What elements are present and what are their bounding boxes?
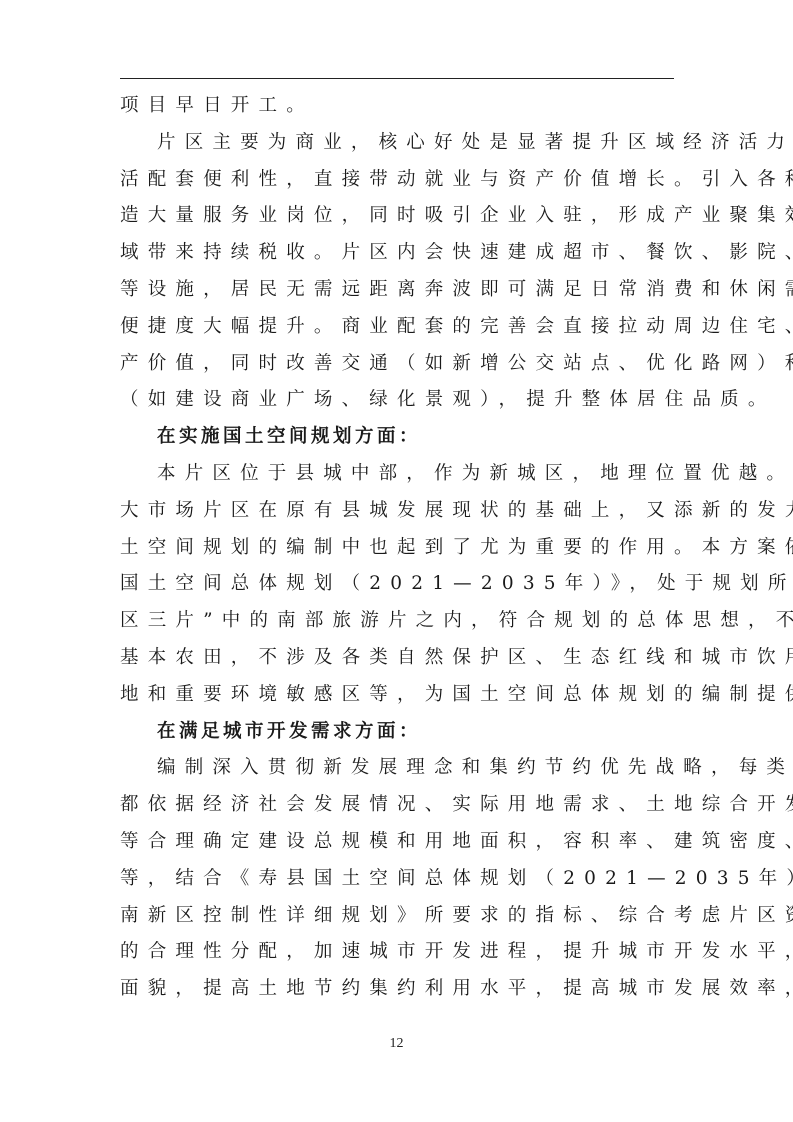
paragraph-start-line: 本片区位于县城中部，作为新城区，地理位置优越。寿县瑶海 [120,456,680,493]
page-number: 12 [0,1036,793,1052]
paragraph-start-line: 片区主要为商业，核心好处是显著提升区域经济活力和完善生 [120,125,680,162]
text-line: 产价值，同时改善交通（如新增公交站点、优化路网）和公共环境 [120,346,680,383]
text-line: （如建设商业广场、绿化景观），提升整体居住品质。 [120,382,680,419]
text-line: 国土空间总体规划（2021—2035年）》，处于规划所确定“一城三 [120,566,680,603]
text-line: 面貌，提高土地节约集约利用水平，提高城市发展效率，有利于带 [120,971,680,1008]
paragraph-start-line: 编制深入贯彻新发展理念和集约节约优先战略，每类建设项目 [120,750,680,787]
text-line: 大市场片区在原有县城发展现状的基础上，又添新的发力点，在国 [120,493,680,530]
text-line: 都依据经济社会发展情况、实际用地需求、土地综合开发相关政策 [120,787,680,824]
text-line: 等设施，居民无需远距离奔波即可满足日常消费和休闲需求，生活 [120,272,680,309]
section-heading-urban-development: 在满足城市开发需求方面： [120,714,680,751]
text-line: 的合理性分配，加速城市开发进程，提升城市开发水平，改变城市 [120,934,680,971]
text-line: 南新区控制性详细规划》所要求的指标、综合考虑片区资源、指标 [120,898,680,935]
text-line: 活配套便利性，直接带动就业与资产价值增长。引入各种商场能创 [120,162,680,199]
text-line: 等，结合《寿县国土空间总体规划（2021—2035年）》和《寿县城 [120,861,680,898]
text-line: 基本农田，不涉及各类自然保护区、生态红线和城市饮用水源保护 [120,640,680,677]
text-line: 项目早日开工。 [120,88,680,125]
text-line: 域带来持续税收。片区内会快速建成超市、餐饮、影院、健身中心 [120,235,680,272]
text-line: 便捷度大幅提升。商业配套的完善会直接拉动周边住宅、商铺的资 [120,309,680,346]
header-rule [120,78,674,79]
text-line: 地和重要环境敏感区等，为国土空间总体规划的编制提供重要支撑。 [120,677,680,714]
text-line: 造大量服务业岗位，同时吸引企业入驻，形成产业聚集效应，为区 [120,198,680,235]
section-heading-spatial-planning: 在实施国土空间规划方面： [120,419,680,456]
text-line: 土空间规划的编制中也起到了尤为重要的作用。本方案依托《寿县 [120,530,680,567]
text-line: 区三片”中的南部旅游片之内，符合规划的总体思想，不占用永久 [120,603,680,640]
text-line: 等合理确定建设总规模和用地面积，容积率、建筑密度、建筑限高 [120,824,680,861]
document-body: 项目早日开工。 片区主要为商业，核心好处是显著提升区域经济活力和完善生 活配套便… [120,88,680,1008]
